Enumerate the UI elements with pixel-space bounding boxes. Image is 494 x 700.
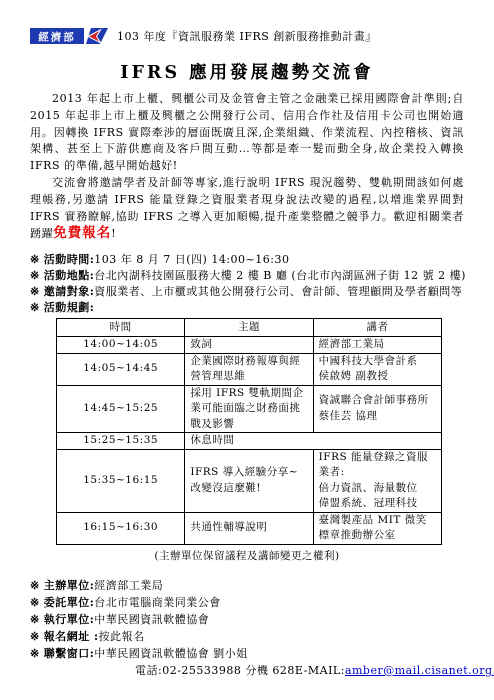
table-row-break: 15:25~15:35 休息時間	[57, 433, 442, 450]
cell-speaker: IFRS 能量登錄之資服業者: 倍力資訊、海量數位 偉盟系統、冠理科技	[313, 449, 441, 512]
ref-mark: ※	[30, 253, 40, 266]
info-label: 主辦單位:	[44, 579, 95, 592]
cell-speaker: 經濟部工業局	[313, 337, 441, 354]
speaker-line: 中國科技大學會計系	[319, 354, 436, 370]
event-info-list: ※活動時間:103 年 8 月 7 日(四) 14:00~16:30 ※活動地點…	[30, 252, 464, 316]
ref-mark: ※	[30, 647, 40, 660]
organizer-info-list: ※主辦單位:經濟部工業局 ※委託單位:台北市電腦商業同業公會 ※執行單位:中華民…	[30, 577, 464, 662]
cell-topic: 共通性輔導說明	[185, 512, 313, 544]
info-value: 台北市電腦商業同業公會	[94, 596, 221, 609]
cell-speaker: 臺灣製產品 MIT 微笑標章推動辦公室	[313, 512, 441, 544]
schedule-note: (主辦單位保留議程及講師變更之權利)	[30, 548, 464, 563]
ref-mark: ※	[30, 301, 40, 314]
register-link[interactable]: 按此報名	[99, 630, 145, 643]
info-label: 執行單位:	[44, 613, 95, 626]
free-registration-highlight: 免費報名	[53, 225, 111, 241]
page-title: IFRS 應用發展趨勢交流會	[30, 59, 464, 84]
event-info-agenda: ※活動規劃:	[30, 300, 464, 316]
organizer-contact: ※聯繫窗口:中華民國資訊軟體協會 劉小姐	[30, 645, 464, 662]
info-value: 台北內湖科技園區服務大樓 2 樓 B 廳 (台北市內湖區洲子街 12 號 2 樓…	[94, 269, 466, 282]
page-header: 經濟部 103 年度『資訊服務業 IFRS 創新服務推動計畫』	[30, 26, 464, 46]
cell-time: 15:35~16:15	[57, 449, 185, 512]
speaker-line: 偉盟系統、冠理科技	[319, 496, 436, 512]
ref-mark: ※	[30, 613, 40, 626]
info-label: 活動地點:	[44, 269, 95, 282]
ref-mark: ※	[30, 269, 40, 282]
intro-paragraph-1: 2013 年起上市上櫃、興櫃公司及金管會主管之金融業已採用國際會計準則;自 20…	[30, 91, 464, 175]
info-value: 經濟部工業局	[94, 579, 163, 592]
cell-speaker: 資誠聯合會計師事務所 蔡佳芸 協理	[313, 385, 441, 433]
cell-topic: 致詞	[185, 337, 313, 354]
info-value: 資服業者、上市櫃或其他公開發行公司、會計師、管理顧問及學者顧問等	[94, 285, 462, 298]
ref-mark: ※	[30, 596, 40, 609]
organizer-executor: ※執行單位:中華民國資訊軟體協會	[30, 611, 464, 628]
info-label: 報名網址 :	[44, 630, 99, 643]
speaker-line: 資誠聯合會計師事務所	[319, 393, 436, 409]
logo-text: 經濟部	[37, 30, 76, 43]
table-row: 16:15~16:30 共通性輔導說明 臺灣製產品 MIT 微笑標章推動辦公室	[57, 512, 442, 544]
table-row: 14:00~14:05 致詞 經濟部工業局	[57, 337, 442, 354]
program-title: 103 年度『資訊服務業 IFRS 創新服務推動計畫』	[117, 28, 377, 44]
cell-time: 14:05~14:45	[57, 353, 185, 385]
cell-speaker: 中國科技大學會計系 侯啟娉 副教授	[313, 353, 441, 385]
event-info-time: ※活動時間:103 年 8 月 7 日(四) 14:00~16:30	[30, 252, 464, 268]
event-info-location: ※活動地點:台北內湖科技園區服務大樓 2 樓 B 廳 (台北市內湖區洲子街 12…	[30, 268, 464, 284]
cell-topic: IFRS 導入經驗分享~改變沒這麼難!	[185, 449, 313, 512]
agenda-header-row: 時間 主題 講者	[57, 319, 442, 337]
phone-label: 電話:	[135, 662, 162, 679]
info-label: 委託單位:	[44, 596, 95, 609]
email-label: E-MAIL:	[295, 662, 345, 679]
info-label: 活動規劃:	[44, 301, 95, 314]
cell-time: 16:15~16:30	[57, 512, 185, 544]
organizer-host: ※主辦單位:經濟部工業局	[30, 577, 464, 594]
ref-mark: ※	[30, 579, 40, 592]
info-value: 中華民國資訊軟體協會	[94, 613, 209, 626]
cell-break: 休息時間	[185, 433, 442, 450]
cell-time: 14:00~14:05	[57, 337, 185, 354]
col-header-speaker: 講者	[313, 319, 441, 337]
info-label: 聯繫窗口:	[44, 647, 95, 660]
flyer-page: 經濟部 103 年度『資訊服務業 IFRS 創新服務推動計畫』 IFRS 應用發…	[0, 0, 494, 700]
phone-number: 02-25533988 分機 628	[162, 662, 295, 679]
ministry-logo: 經濟部	[30, 27, 108, 45]
cell-topic: 企業國際財務報導與經營管理思維	[185, 353, 313, 385]
speaker-line: 侯啟娉 副教授	[319, 369, 436, 385]
agenda-table: 時間 主題 講者 14:00~14:05 致詞 經濟部工業局 14:05~14:…	[56, 318, 442, 545]
table-row: 15:35~16:15 IFRS 導入經驗分享~改變沒這麼難! IFRS 能量登…	[57, 449, 442, 512]
cell-topic: 採用 IFRS 雙軌期間企業可能面臨之財務面挑戰及影響	[185, 385, 313, 433]
info-label: 活動時間:	[44, 253, 95, 266]
table-row: 14:45~15:25 採用 IFRS 雙軌期間企業可能面臨之財務面挑戰及影響 …	[57, 385, 442, 433]
speaker-line: 蔡佳芸 協理	[319, 409, 436, 425]
cell-time: 15:25~15:35	[57, 433, 185, 450]
ref-mark: ※	[30, 630, 40, 643]
contact-line: 電話:02-25533988 分機 628E-MAIL:amber@mail.c…	[135, 662, 464, 679]
email-link[interactable]: amber@mail.cisanet.org.tw	[345, 662, 494, 679]
event-info-audience: ※邀請對象:資服業者、上市櫃或其他公開發行公司、會計師、管理顧問及學者顧問等	[30, 284, 464, 300]
info-value: 103 年 8 月 7 日(四) 14:00~16:30	[94, 253, 289, 266]
speaker-line: IFRS 能量登錄之資服業者:	[319, 450, 436, 481]
ref-mark: ※	[30, 285, 40, 298]
speaker-line: 倍力資訊、海量數位	[319, 481, 436, 497]
table-row: 14:05~14:45 企業國際財務報導與經營管理思維 中國科技大學會計系 侯啟…	[57, 353, 442, 385]
col-header-topic: 主題	[185, 319, 313, 337]
organizer-registration: ※報名網址 :按此報名	[30, 628, 464, 645]
col-header-time: 時間	[57, 319, 185, 337]
info-value: 中華民國資訊軟體協會 劉小姐	[94, 647, 248, 660]
intro-paragraph-2: 交流會將邀請學者及計師等專家,進行說明 IFRS 現況趨勢、雙軌期間該如何處理帳…	[30, 175, 464, 243]
info-label: 邀請對象:	[44, 285, 95, 298]
ministry-logo-icon: 經濟部	[30, 27, 108, 45]
paragraph-2-exclaim: !	[111, 227, 116, 240]
cell-time: 14:45~15:25	[57, 385, 185, 433]
organizer-commission: ※委託單位:台北市電腦商業同業公會	[30, 594, 464, 611]
